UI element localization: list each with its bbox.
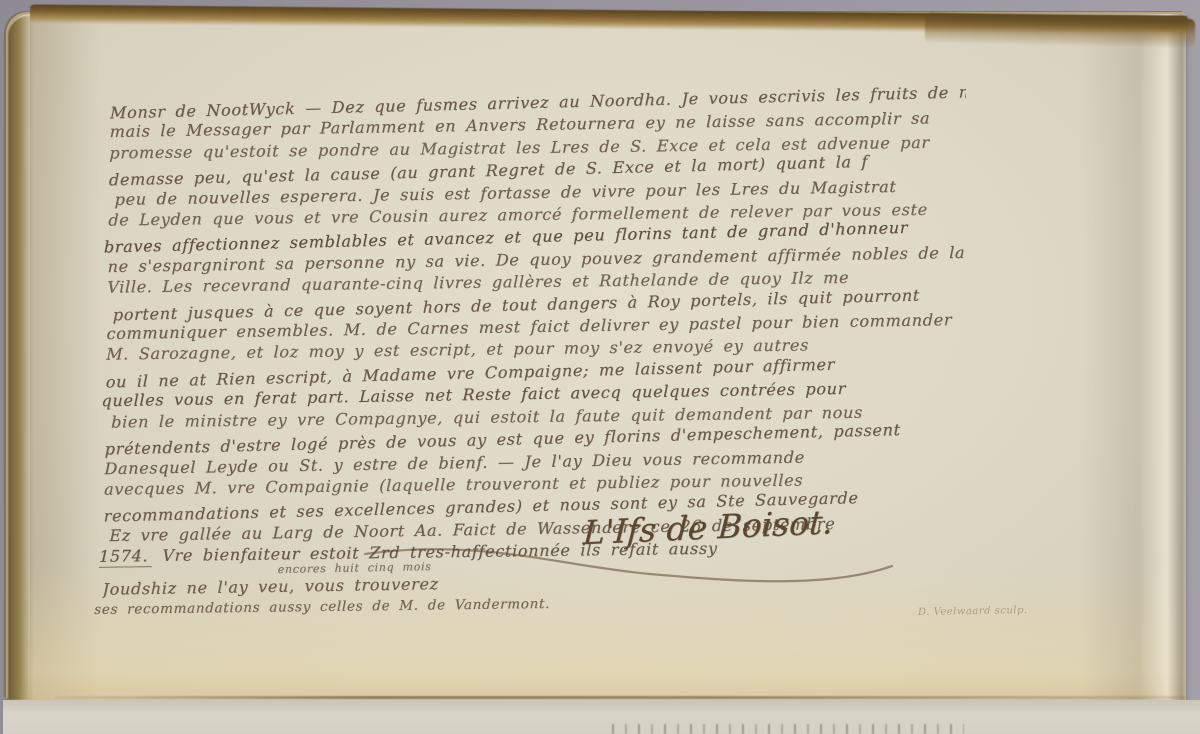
engraver-inscription: D. Veelwaard sculp. [918, 605, 1028, 618]
next-page-letter-tops [612, 724, 964, 734]
underlined-year: 1574. [99, 546, 153, 568]
photo-of-open-book: Monsr de NootWyck — Dez que fusmes arriv… [0, 0, 1200, 734]
next-page-strip [3, 700, 1200, 734]
